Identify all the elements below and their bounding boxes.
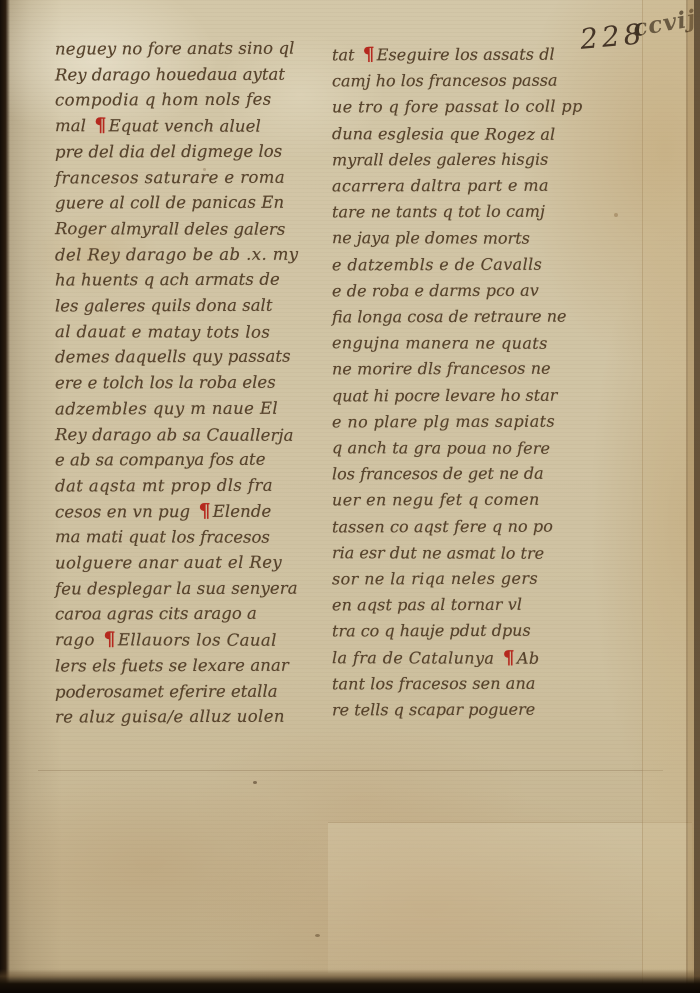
line-text: sor ne la riqa neles gers [332, 569, 538, 589]
manuscript-line: myrall deles galeres hisgis [332, 146, 572, 173]
manuscript-line: duna esglesia que Rogez al [332, 121, 572, 148]
line-text: ria esr dut ne asmat lo tre [332, 543, 544, 563]
pilcrow-rubric-icon: ¶ [196, 500, 213, 522]
line-text: del Rey darago be ab .x. my [55, 244, 299, 264]
line-text: en aqst pas al tornar vl [332, 595, 522, 615]
line-text: ne morire dls francesos ne [332, 359, 551, 379]
line-text: Rey darago houedaua aytat [55, 64, 285, 84]
line-text: pre del dia del digmege los [55, 141, 282, 161]
manuscript-line: ma mati quat los fracesos [55, 525, 329, 551]
line-text: Elende [213, 501, 272, 520]
line-text: Equat vench aluel [109, 116, 261, 135]
line-text: uer en negu fet q comen [332, 490, 540, 510]
line-text: e no plare plg mas sapiats [332, 411, 555, 431]
manuscript-line: camj ho los francesos passa [332, 68, 572, 95]
ink-speck [315, 934, 320, 937]
manuscript-line: re aluz guisa/e alluz uolen [55, 704, 329, 731]
ink-speck [253, 781, 257, 784]
line-text: acarrera daltra part e ma [332, 176, 549, 196]
line-text: ne jaya ple domes morts [332, 229, 530, 249]
manuscript-line: guere al coll de panicas En [55, 190, 329, 217]
manuscript-line: del Rey darago be ab .x. my [55, 241, 329, 268]
pilcrow-rubric-icon: ¶ [500, 647, 517, 668]
manuscript-line: cesos en vn pug ¶Elende [55, 498, 329, 525]
manuscript-line: Roger almyrall deles galers [55, 216, 329, 242]
underlying-page-patch [328, 822, 692, 973]
manuscript-line: ha huents q ach armats de [55, 267, 329, 294]
manuscript-line: caroa agras cits arago a [55, 601, 329, 628]
line-text: Ellauors los Caual [118, 630, 277, 649]
manuscript-line: e no plare plg mas sapiats [332, 408, 572, 435]
text-column-left: neguey no fore anats sino qlRey darago h… [55, 36, 329, 730]
line-text: los francesos de get ne da [332, 464, 544, 484]
line-text: feu desplegar la sua senyera [55, 578, 298, 598]
manuscript-line: tassen co aqst fere q no po [332, 513, 572, 540]
line-text: les galeres quils dona salt [55, 296, 273, 316]
line-text: guere al coll de panicas En [55, 193, 284, 213]
line-text: uolguere anar auat el Rey [55, 553, 282, 573]
pilcrow-rubric-icon: ¶ [360, 44, 377, 65]
line-text: q anch ta gra poua no fere [332, 438, 550, 458]
line-text: cesos en vn pug [55, 502, 196, 521]
manuscript-line: q anch ta gra poua no fere [332, 435, 572, 462]
manuscript-line: compodia q hom nols fes [55, 87, 329, 114]
manuscript-line: adzembles quy m naue El [55, 395, 329, 422]
line-text: camj ho los francesos passa [332, 71, 558, 91]
ruling-seam-line [38, 770, 663, 771]
manuscript-line: la fra de Catalunya ¶Ab [332, 645, 572, 672]
manuscript-line: Rey darago houedaua aytat [55, 61, 329, 88]
manuscript-line: tant los fracesos sen ana [332, 670, 572, 697]
line-text: e ab sa companya fos ate [55, 450, 266, 470]
line-text: engujna manera ne quats [332, 333, 548, 353]
manuscript-line: les galeres quils dona salt [55, 293, 329, 320]
text-column-right: tat ¶Eseguire los assats dlcamj ho los f… [332, 42, 572, 723]
page-fore-edge [642, 0, 700, 993]
manuscript-line: uer en negu fet q comen [332, 487, 572, 514]
manuscript-line: mal ¶Equat vench aluel [55, 113, 329, 139]
line-text: lers els fuets se lexare anar [55, 656, 289, 676]
line-text: neguey no fore anats sino ql [55, 39, 295, 59]
line-text: Rey darago ab sa Cauallerja [55, 425, 294, 445]
manuscript-line: en aqst pas al tornar vl [332, 592, 572, 619]
manuscript-line: ere e tolch los la roba eles [55, 370, 329, 397]
line-text: tassen co aqst fere q no po [332, 516, 553, 536]
line-text: ere e tolch los la roba eles [55, 373, 276, 393]
line-text: tra co q hauje pdut dpus [332, 621, 531, 641]
line-text: mal [55, 116, 91, 135]
manuscript-line: e datzembls e de Cavalls [332, 251, 572, 278]
line-text: tat [332, 45, 360, 64]
manuscript-line: al dauat e matay tots los [55, 319, 329, 345]
manuscript-line: quat hi pocre levare ho star [332, 382, 572, 409]
line-text: e de roba e darms pco av [332, 281, 539, 301]
manuscript-line: e ab sa companya fos ate [55, 447, 329, 474]
page-bottom-edge [0, 969, 700, 993]
manuscript-line: feu desplegar la sua senyera [55, 575, 329, 602]
line-text: adzembles quy m naue El [55, 399, 278, 419]
manuscript-line: poderosamet eferire etalla [55, 678, 329, 705]
manuscript-line: ue tro q fore passat lo coll pp [332, 94, 572, 121]
manuscript-line: dat aqsta mt prop dls fra [55, 472, 329, 499]
manuscript-line: engujna manera ne quats [332, 330, 572, 357]
line-text: myrall deles galeres hisgis [332, 149, 548, 169]
line-text: Ab [517, 648, 540, 667]
manuscript-line: rago ¶Ellauors los Caual [55, 627, 329, 653]
line-text: al dauat e matay tots los [55, 322, 270, 342]
line-text: dat aqsta mt prop dls fra [55, 476, 273, 496]
line-text: francesos saturare e roma [55, 167, 285, 187]
manuscript-line: tat ¶Eseguire los assats dl [332, 42, 572, 69]
line-text: quat hi pocre levare ho star [332, 385, 557, 405]
manuscript-line: ne jaya ple domes morts [332, 226, 572, 253]
line-text: tare ne tants q tot lo camj [332, 202, 545, 222]
stain-speck [614, 213, 618, 217]
line-text: fia longa cosa de retraure ne [332, 307, 567, 327]
manuscript-line: ne morire dls francesos ne [332, 356, 572, 383]
manuscript-line: neguey no fore anats sino ql [55, 36, 329, 63]
manuscript-line: tra co q hauje pdut dpus [332, 618, 572, 645]
line-text: duna esglesia que Rogez al [332, 124, 555, 144]
line-text: Eseguire los assats dl [377, 45, 555, 65]
line-text: demes daquells quy passats [55, 347, 291, 367]
manuscript-page-scan: 228 ccvij neguey no fore anats sino qlRe… [0, 0, 700, 993]
line-text: la fra de Catalunya [332, 648, 500, 667]
manuscript-line: lers els fuets se lexare anar [55, 652, 329, 679]
line-text: Roger almyrall deles galers [55, 219, 285, 239]
manuscript-line: ria esr dut ne asmat lo tre [332, 540, 572, 567]
page-gutter-edge [0, 0, 10, 993]
line-text: e datzembls e de Cavalls [332, 254, 542, 274]
line-text: ha huents q ach armats de [55, 270, 280, 290]
manuscript-line: e de roba e darms pco av [332, 277, 572, 304]
line-text: re aluz guisa/e alluz uolen [55, 707, 285, 727]
manuscript-line: pre del dia del digmege los [55, 138, 329, 165]
pilcrow-rubric-icon: ¶ [100, 628, 118, 650]
manuscript-line: demes daquells quy passats [55, 344, 329, 371]
line-text: tant los fracesos sen ana [332, 674, 536, 694]
manuscript-line: Rey darago ab sa Cauallerja [55, 422, 329, 448]
pilcrow-rubric-icon: ¶ [91, 114, 108, 136]
line-text: caroa agras cits arago a [55, 604, 257, 624]
line-text: poderosamet eferire etalla [55, 681, 278, 701]
manuscript-line: fia longa cosa de retraure ne [332, 304, 572, 331]
manuscript-line: francesos saturare e roma [55, 164, 329, 191]
manuscript-line: uolguere anar auat el Rey [55, 550, 329, 577]
line-text: re tells q scapar poguere [332, 700, 535, 720]
manuscript-line: sor ne la riqa neles gers [332, 566, 572, 593]
line-text: compodia q hom nols fes [55, 90, 272, 110]
manuscript-line: tare ne tants q tot lo camj [332, 199, 572, 226]
manuscript-line: acarrera daltra part e ma [332, 173, 572, 200]
manuscript-line: los francesos de get ne da [332, 461, 572, 488]
manuscript-line: re tells q scapar poguere [332, 697, 572, 724]
line-text: rago [55, 630, 101, 649]
line-text: ue tro q fore passat lo coll pp [332, 97, 583, 117]
line-text: ma mati quat los fracesos [55, 528, 270, 548]
